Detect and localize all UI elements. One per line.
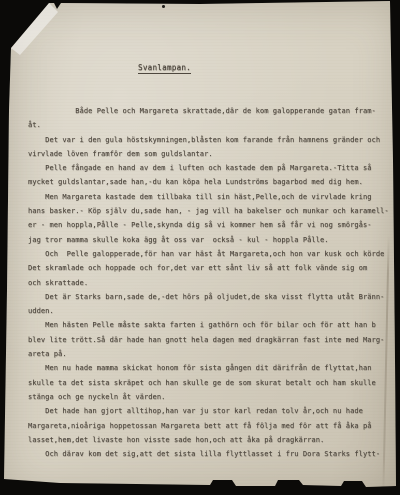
text-line: Både Pelle och Margareta skrattade,där d… bbox=[28, 104, 393, 118]
text-line: mycket guldslantar,sade han,-du kan köpa… bbox=[28, 175, 393, 189]
paper-speck bbox=[162, 5, 165, 8]
text-line: lasset,hem,det livaste hon visste sade h… bbox=[28, 433, 393, 447]
text-line: blev lite trött.Så där hade han gnott he… bbox=[28, 333, 393, 347]
text-line: er - men hoppla,Pålle - Pelle,skynda dig… bbox=[28, 218, 393, 232]
text-line: areta på. bbox=[28, 347, 393, 361]
text-line: Pelle fångade en hand av dem i luften oc… bbox=[28, 161, 393, 175]
text-line: och skrattade. bbox=[28, 276, 393, 290]
text-line: Margareta,nioåriga hoppetossan Margareta… bbox=[28, 419, 393, 433]
document-body: Både Pelle och Margareta skrattade,där d… bbox=[28, 104, 393, 461]
text-line: Det var i den gula höstskymningen,blåste… bbox=[28, 133, 393, 147]
text-line: Och Pelle galopperade,för han var häst å… bbox=[28, 247, 393, 261]
text-line: Det är Starks barn,sade de,-det hörs på … bbox=[28, 290, 393, 304]
text-line: Men Margareta kastade dem tillbaka till … bbox=[28, 190, 393, 204]
text-line: Det skramlade och hoppade och for,det va… bbox=[28, 261, 393, 275]
paper-sheet: Svanlampan. Både Pelle och Margareta skr… bbox=[0, 0, 400, 495]
text-line: virvlade löven framför dem som guldslant… bbox=[28, 147, 393, 161]
text-line: udden. bbox=[28, 304, 393, 318]
scanned-page: Svanlampan. Både Pelle och Margareta skr… bbox=[0, 0, 400, 495]
text-line: jag tror mamma skulle koka ägg åt oss va… bbox=[28, 233, 393, 247]
text-line: stänga och ge nyckeln åt värden. bbox=[28, 390, 393, 404]
text-line: Men nu hade mamma skickat honom för sist… bbox=[28, 361, 393, 375]
text-line: hans basker.- Köp själv du,sade han, - j… bbox=[28, 204, 393, 218]
text-line: Det hade han gjort alltihop,han var ju s… bbox=[28, 404, 393, 418]
text-line: skulle ta det sista skräpet och han skul… bbox=[28, 376, 393, 390]
document-title: Svanlampan. bbox=[138, 63, 191, 74]
text-line: Och därav kom det sig,att det sista lill… bbox=[28, 447, 393, 461]
text-line: åt. bbox=[28, 118, 393, 132]
text-line: Men hästen Pelle måste sakta farten i ga… bbox=[28, 318, 393, 332]
